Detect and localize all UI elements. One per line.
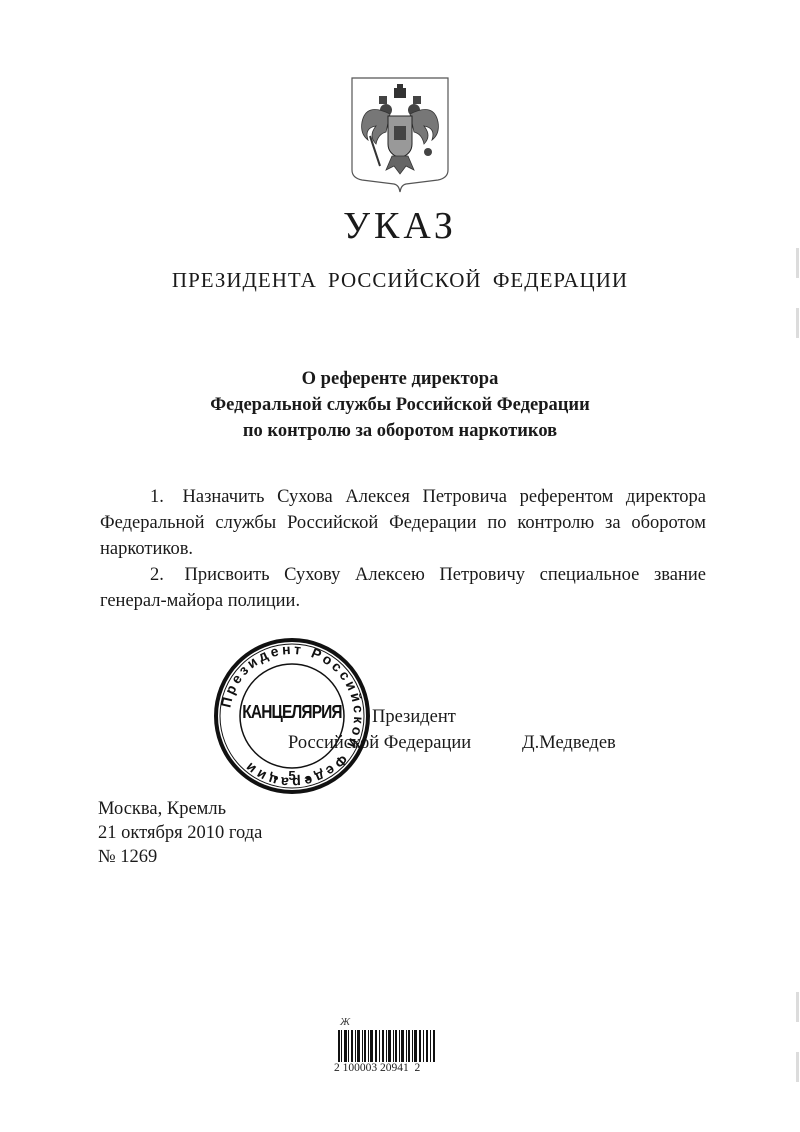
- document-title: УКАЗ: [0, 204, 800, 248]
- heading-line: по контролю за оборотом наркотиков: [0, 418, 800, 444]
- decree-date: 21 октября 2010 года: [98, 821, 262, 845]
- paragraph-number: 1.: [150, 487, 164, 507]
- heading-line: Федеральной службы Российской Федерации: [0, 392, 800, 418]
- paragraph-text: Назначить Сухова Алексея Петровича рефер…: [100, 487, 706, 559]
- stamp-number: 5: [284, 768, 300, 783]
- paragraph-number: 2.: [150, 565, 164, 585]
- stamp-center-text: КАНЦЕЛЯРИЯ: [235, 702, 349, 723]
- coat-of-arms-emblem: [346, 74, 454, 194]
- scan-edge-mark: [796, 248, 799, 278]
- double-headed-eagle-icon: [346, 74, 454, 194]
- decree-place-date: Москва, Кремль 21 октября 2010 года № 12…: [98, 797, 262, 869]
- barcode-digits: 2 100003 20941 2: [334, 1062, 444, 1074]
- decree-body: 1. Назначить Сухова Алексея Петровича ре…: [100, 484, 706, 614]
- scan-edge-mark: [796, 308, 799, 338]
- decree-heading: О референте директора Федеральной службы…: [0, 366, 800, 444]
- barcode-icon: [338, 1030, 436, 1062]
- signatory-name: Д.Медведев: [522, 731, 616, 755]
- paragraph-text: Присвоить Сухову Алексею Петровичу специ…: [100, 565, 706, 611]
- decree-paragraph: 1. Назначить Сухова Алексея Петровича ре…: [100, 484, 706, 562]
- scan-edge-mark: [796, 1052, 799, 1082]
- barcode-handwritten-mark: Ж: [340, 1016, 350, 1028]
- scan-edge-mark: [796, 992, 799, 1022]
- signature-title-line1: Президент: [372, 705, 456, 729]
- decree-paragraph: 2. Присвоить Сухову Алексею Петровичу сп…: [100, 562, 706, 614]
- decree-number: № 1269: [98, 845, 262, 869]
- barcode: [338, 1030, 436, 1062]
- decree-location: Москва, Кремль: [98, 797, 262, 821]
- heading-line: О референте директора: [0, 366, 800, 392]
- document-subtitle: ПРЕЗИДЕНТА РОССИЙСКОЙ ФЕДЕРАЦИИ: [0, 266, 800, 294]
